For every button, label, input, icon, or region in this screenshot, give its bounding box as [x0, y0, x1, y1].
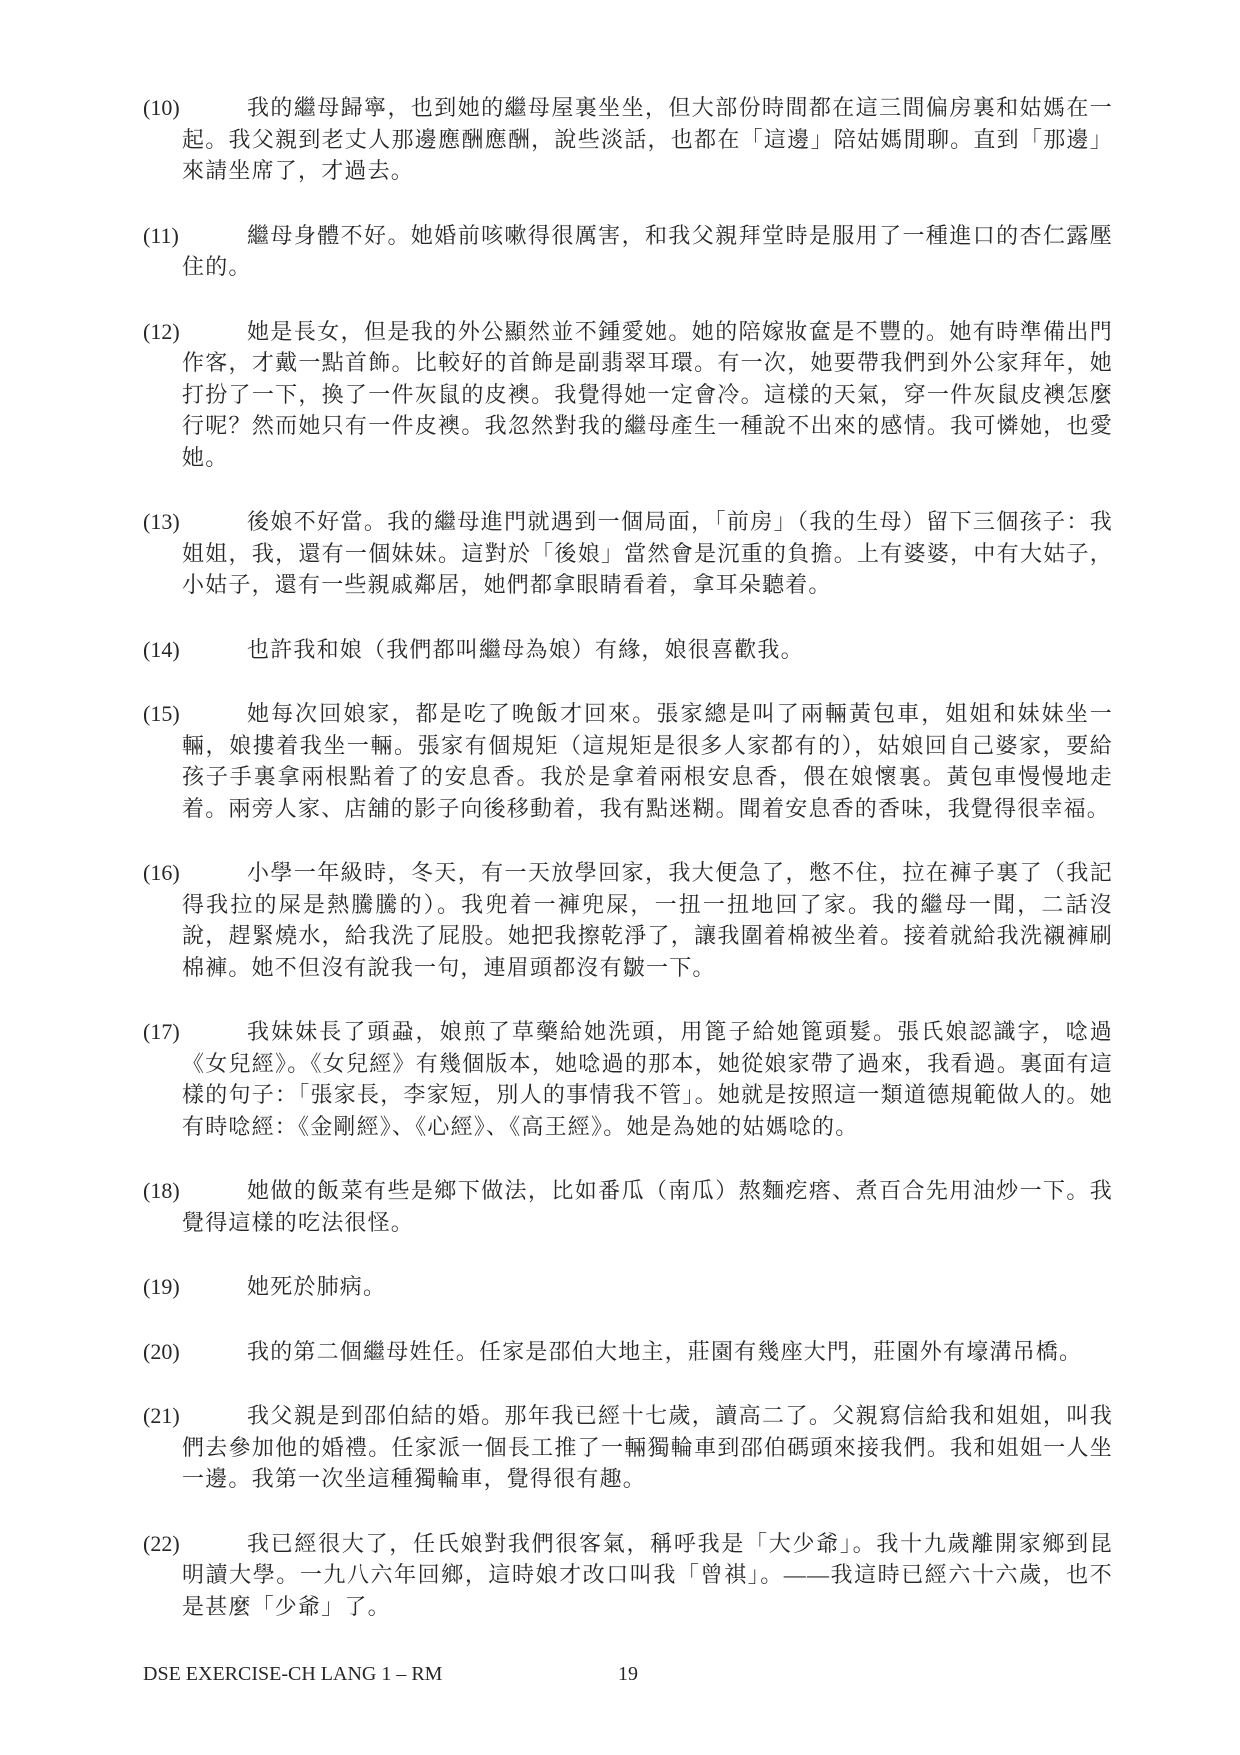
paragraph-item: (14) 也許我和娘（我們都叫繼母為娘）有緣，娘很喜歡我。 — [143, 634, 1113, 666]
paragraph-text: 繼母身體不好。她婚前咳嗽得很厲害，和我父親拜堂時是服用了一種進口的杏仁露壓住的。 — [182, 220, 1113, 283]
paragraph-text: 我妹妹長了頭蝨，娘煎了草藥給她洗頭，用篦子給她篦頭髮。張氏娘認識字，唸過《女兒經… — [182, 1016, 1113, 1142]
paragraph-number: (17) — [143, 1016, 182, 1048]
paragraph-text: 我的繼母歸寧，也到她的繼母屋裏坐坐，但大部份時間都在這三間偏房裏和姑媽在一起。我… — [182, 92, 1113, 187]
paragraph-text: 我的第二個繼母姓任。任家是邵伯大地主，莊園有幾座大門，莊園外有壕溝吊橋。 — [182, 1336, 1113, 1368]
paragraph-text: 我已經很大了，任氏娘對我們很客氣，稱呼我是「大少爺」。我十九歲離開家鄉到昆明讀大… — [182, 1528, 1113, 1623]
paragraph-number: (10) — [143, 92, 182, 124]
paragraph-item: (22) 我已經很大了，任氏娘對我們很客氣，稱呼我是「大少爺」。我十九歲離開家鄉… — [143, 1528, 1113, 1623]
document-page: (10) 我的繼母歸寧，也到她的繼母屋裏坐坐，但大部份時間都在這三間偏房裏和姑媽… — [0, 0, 1240, 1755]
paragraph-text: 她做的飯菜有些是鄉下做法，比如番瓜（南瓜）熬麵疙瘩、煮百合先用油炒一下。我覺得這… — [182, 1175, 1113, 1238]
paragraph-number: (21) — [143, 1400, 182, 1432]
passage-body: (10) 我的繼母歸寧，也到她的繼母屋裏坐坐，但大部份時間都在這三間偏房裏和姑媽… — [143, 92, 1113, 1655]
paragraph-number: (19) — [143, 1271, 182, 1303]
paragraph-text: 她死於肺病。 — [182, 1271, 1113, 1303]
paragraph-text: 小學一年級時，冬天，有一天放學回家，我大便急了，憋不住，拉在褲子裏了（我記得我拉… — [182, 857, 1113, 983]
paragraph-number: (22) — [143, 1528, 182, 1560]
paragraph-text: 她每次回娘家，都是吃了晚飯才回來。張家總是叫了兩輛黃包車，姐姐和妹妹坐一輛，娘摟… — [182, 698, 1113, 824]
page-footer: DSE EXERCISE-CH LANG 1 – RM 19 — [143, 1660, 1113, 1688]
paragraph-text: 她是長女，但是我的外公顯然並不鍾愛她。她的陪嫁妝奩是不豐的。她有時準備出門作客，… — [182, 316, 1113, 474]
footer-page-number: 19 — [143, 1660, 1113, 1688]
paragraph-item: (17) 我妹妹長了頭蝨，娘煎了草藥給她洗頭，用篦子給她篦頭髮。張氏娘認識字，唸… — [143, 1016, 1113, 1142]
paragraph-item: (18) 她做的飯菜有些是鄉下做法，比如番瓜（南瓜）熬麵疙瘩、煮百合先用油炒一下… — [143, 1175, 1113, 1238]
paragraph-item: (15) 她每次回娘家，都是吃了晚飯才回來。張家總是叫了兩輛黃包車，姐姐和妹妹坐… — [143, 698, 1113, 824]
paragraph-text: 也許我和娘（我們都叫繼母為娘）有緣，娘很喜歡我。 — [182, 634, 1113, 666]
paragraph-number: (16) — [143, 857, 182, 889]
paragraph-item: (13) 後娘不好當。我的繼母進門就遇到一個局面，「前房」（我的生母）留下三個孩… — [143, 506, 1113, 601]
paragraph-number: (15) — [143, 698, 182, 730]
paragraph-number: (13) — [143, 506, 182, 538]
paragraph-number: (12) — [143, 316, 182, 348]
paragraph-number: (11) — [143, 220, 182, 252]
paragraph-number: (18) — [143, 1175, 182, 1207]
paragraph-item: (12) 她是長女，但是我的外公顯然並不鍾愛她。她的陪嫁妝奩是不豐的。她有時準備… — [143, 316, 1113, 474]
paragraph-item: (19) 她死於肺病。 — [143, 1271, 1113, 1303]
paragraph-item: (21) 我父親是到邵伯結的婚。那年我已經十七歲，讀高二了。父親寫信給我和姐姐，… — [143, 1400, 1113, 1495]
paragraph-text: 後娘不好當。我的繼母進門就遇到一個局面，「前房」（我的生母）留下三個孩子：我姐姐… — [182, 506, 1113, 601]
paragraph-item: (10) 我的繼母歸寧，也到她的繼母屋裏坐坐，但大部份時間都在這三間偏房裏和姑媽… — [143, 92, 1113, 187]
paragraph-number: (20) — [143, 1336, 182, 1368]
paragraph-text: 我父親是到邵伯結的婚。那年我已經十七歲，讀高二了。父親寫信給我和姐姐，叫我們去參… — [182, 1400, 1113, 1495]
paragraph-number: (14) — [143, 634, 182, 666]
paragraph-item: (16) 小學一年級時，冬天，有一天放學回家，我大便急了，憋不住，拉在褲子裏了（… — [143, 857, 1113, 983]
paragraph-item: (11) 繼母身體不好。她婚前咳嗽得很厲害，和我父親拜堂時是服用了一種進口的杏仁… — [143, 220, 1113, 283]
paragraph-item: (20) 我的第二個繼母姓任。任家是邵伯大地主，莊園有幾座大門，莊園外有壕溝吊橋… — [143, 1336, 1113, 1368]
